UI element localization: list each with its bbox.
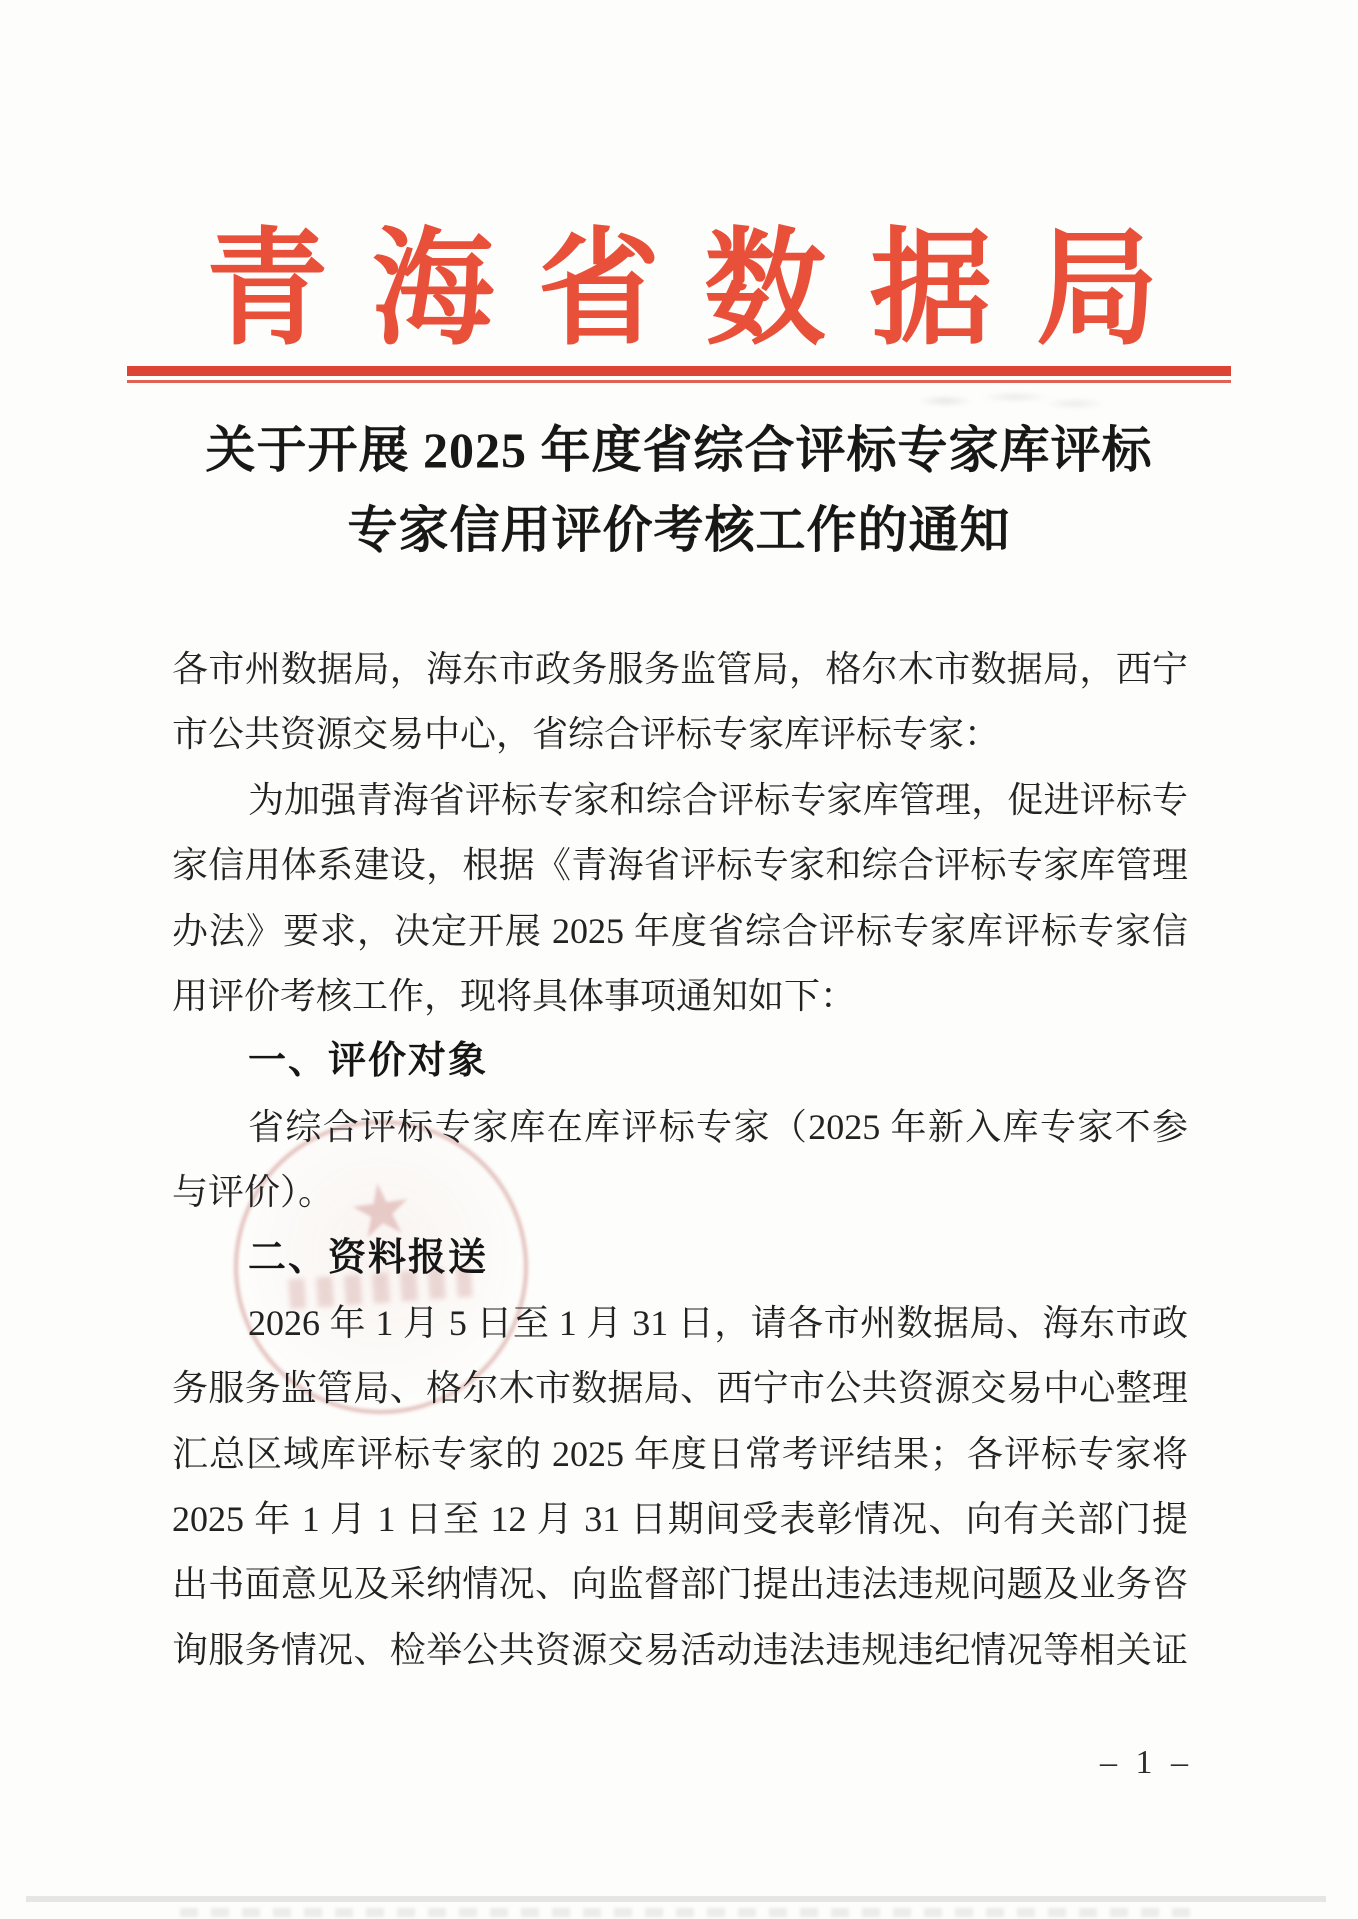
body-line: 2026 年 1 月 5 日至 1 月 31 日，请各市州数据局、海东市政 bbox=[172, 1291, 1188, 1356]
body-line: 汇总区域库评标专家的 2025 年度日常考评结果；各评标专家将 bbox=[172, 1422, 1188, 1487]
body-line: 省综合评标专家库在库评标专家（2025 年新入库专家不参 bbox=[172, 1095, 1188, 1160]
body-line: 用评价考核工作，现将具体事项通知如下： bbox=[172, 964, 1188, 1029]
agency-character: 局 bbox=[1036, 228, 1158, 355]
agency-character: 青 bbox=[206, 228, 328, 355]
body-line: 出书面意见及采纳情况、向监督部门提出违法违规问题及业务咨 bbox=[172, 1552, 1188, 1617]
agency-character: 数 bbox=[704, 228, 826, 355]
scan-shadow-line bbox=[26, 1896, 1326, 1902]
section-heading: 一、评价对象 bbox=[172, 1029, 1188, 1094]
title-line-1: 关于开展 2025 年度省综合评标专家库评标 bbox=[0, 410, 1358, 490]
scanned-notice-page: 青海省数据局 关于开展 2025 年度省综合评标专家库评标 专家信用评价考核工作… bbox=[0, 0, 1358, 1919]
body-line: 市公共资源交易中心，省综合评标专家库评标专家： bbox=[172, 702, 1188, 767]
title-line-2: 专家信用评价考核工作的通知 bbox=[0, 490, 1358, 570]
red-separator-line-thin bbox=[127, 380, 1231, 383]
body-line: 2025 年 1 月 1 日至 12 月 31 日期间受表彰情况、向有关部门提 bbox=[172, 1487, 1188, 1552]
agency-character: 海 bbox=[372, 228, 494, 355]
document-title: 关于开展 2025 年度省综合评标专家库评标 专家信用评价考核工作的通知 bbox=[0, 410, 1358, 570]
document-body: 各市州数据局，海东市政务服务监管局，格尔木市数据局，西宁市公共资源交易中心，省综… bbox=[172, 637, 1188, 1683]
agency-character: 省 bbox=[538, 228, 660, 355]
body-line: 与评价）。 bbox=[172, 1160, 1188, 1225]
agency-character: 据 bbox=[870, 228, 992, 355]
agency-masthead: 青海省数据局 bbox=[206, 228, 1158, 354]
body-line: 各市州数据局，海东市政务服务监管局，格尔木市数据局，西宁 bbox=[172, 637, 1188, 702]
body-line: 务服务监管局、格尔木市数据局、西宁市公共资源交易中心整理 bbox=[172, 1356, 1188, 1421]
page-number: – 1 – bbox=[1100, 1744, 1193, 1782]
body-line: 家信用体系建设，根据《青海省评标专家和综合评标专家库管理 bbox=[172, 833, 1188, 898]
body-line: 为加强青海省评标专家和综合评标专家库管理，促进评标专 bbox=[172, 768, 1188, 833]
red-separator-line-thick bbox=[127, 366, 1231, 376]
body-line: 询服务情况、检举公共资源交易活动违法违规违纪情况等相关证 bbox=[172, 1618, 1188, 1683]
body-line: 办法》要求，决定开展 2025 年度省综合评标专家库评标专家信 bbox=[172, 899, 1188, 964]
next-page-ghost-text bbox=[180, 1908, 1190, 1917]
section-heading: 二、资料报送 bbox=[172, 1226, 1188, 1291]
